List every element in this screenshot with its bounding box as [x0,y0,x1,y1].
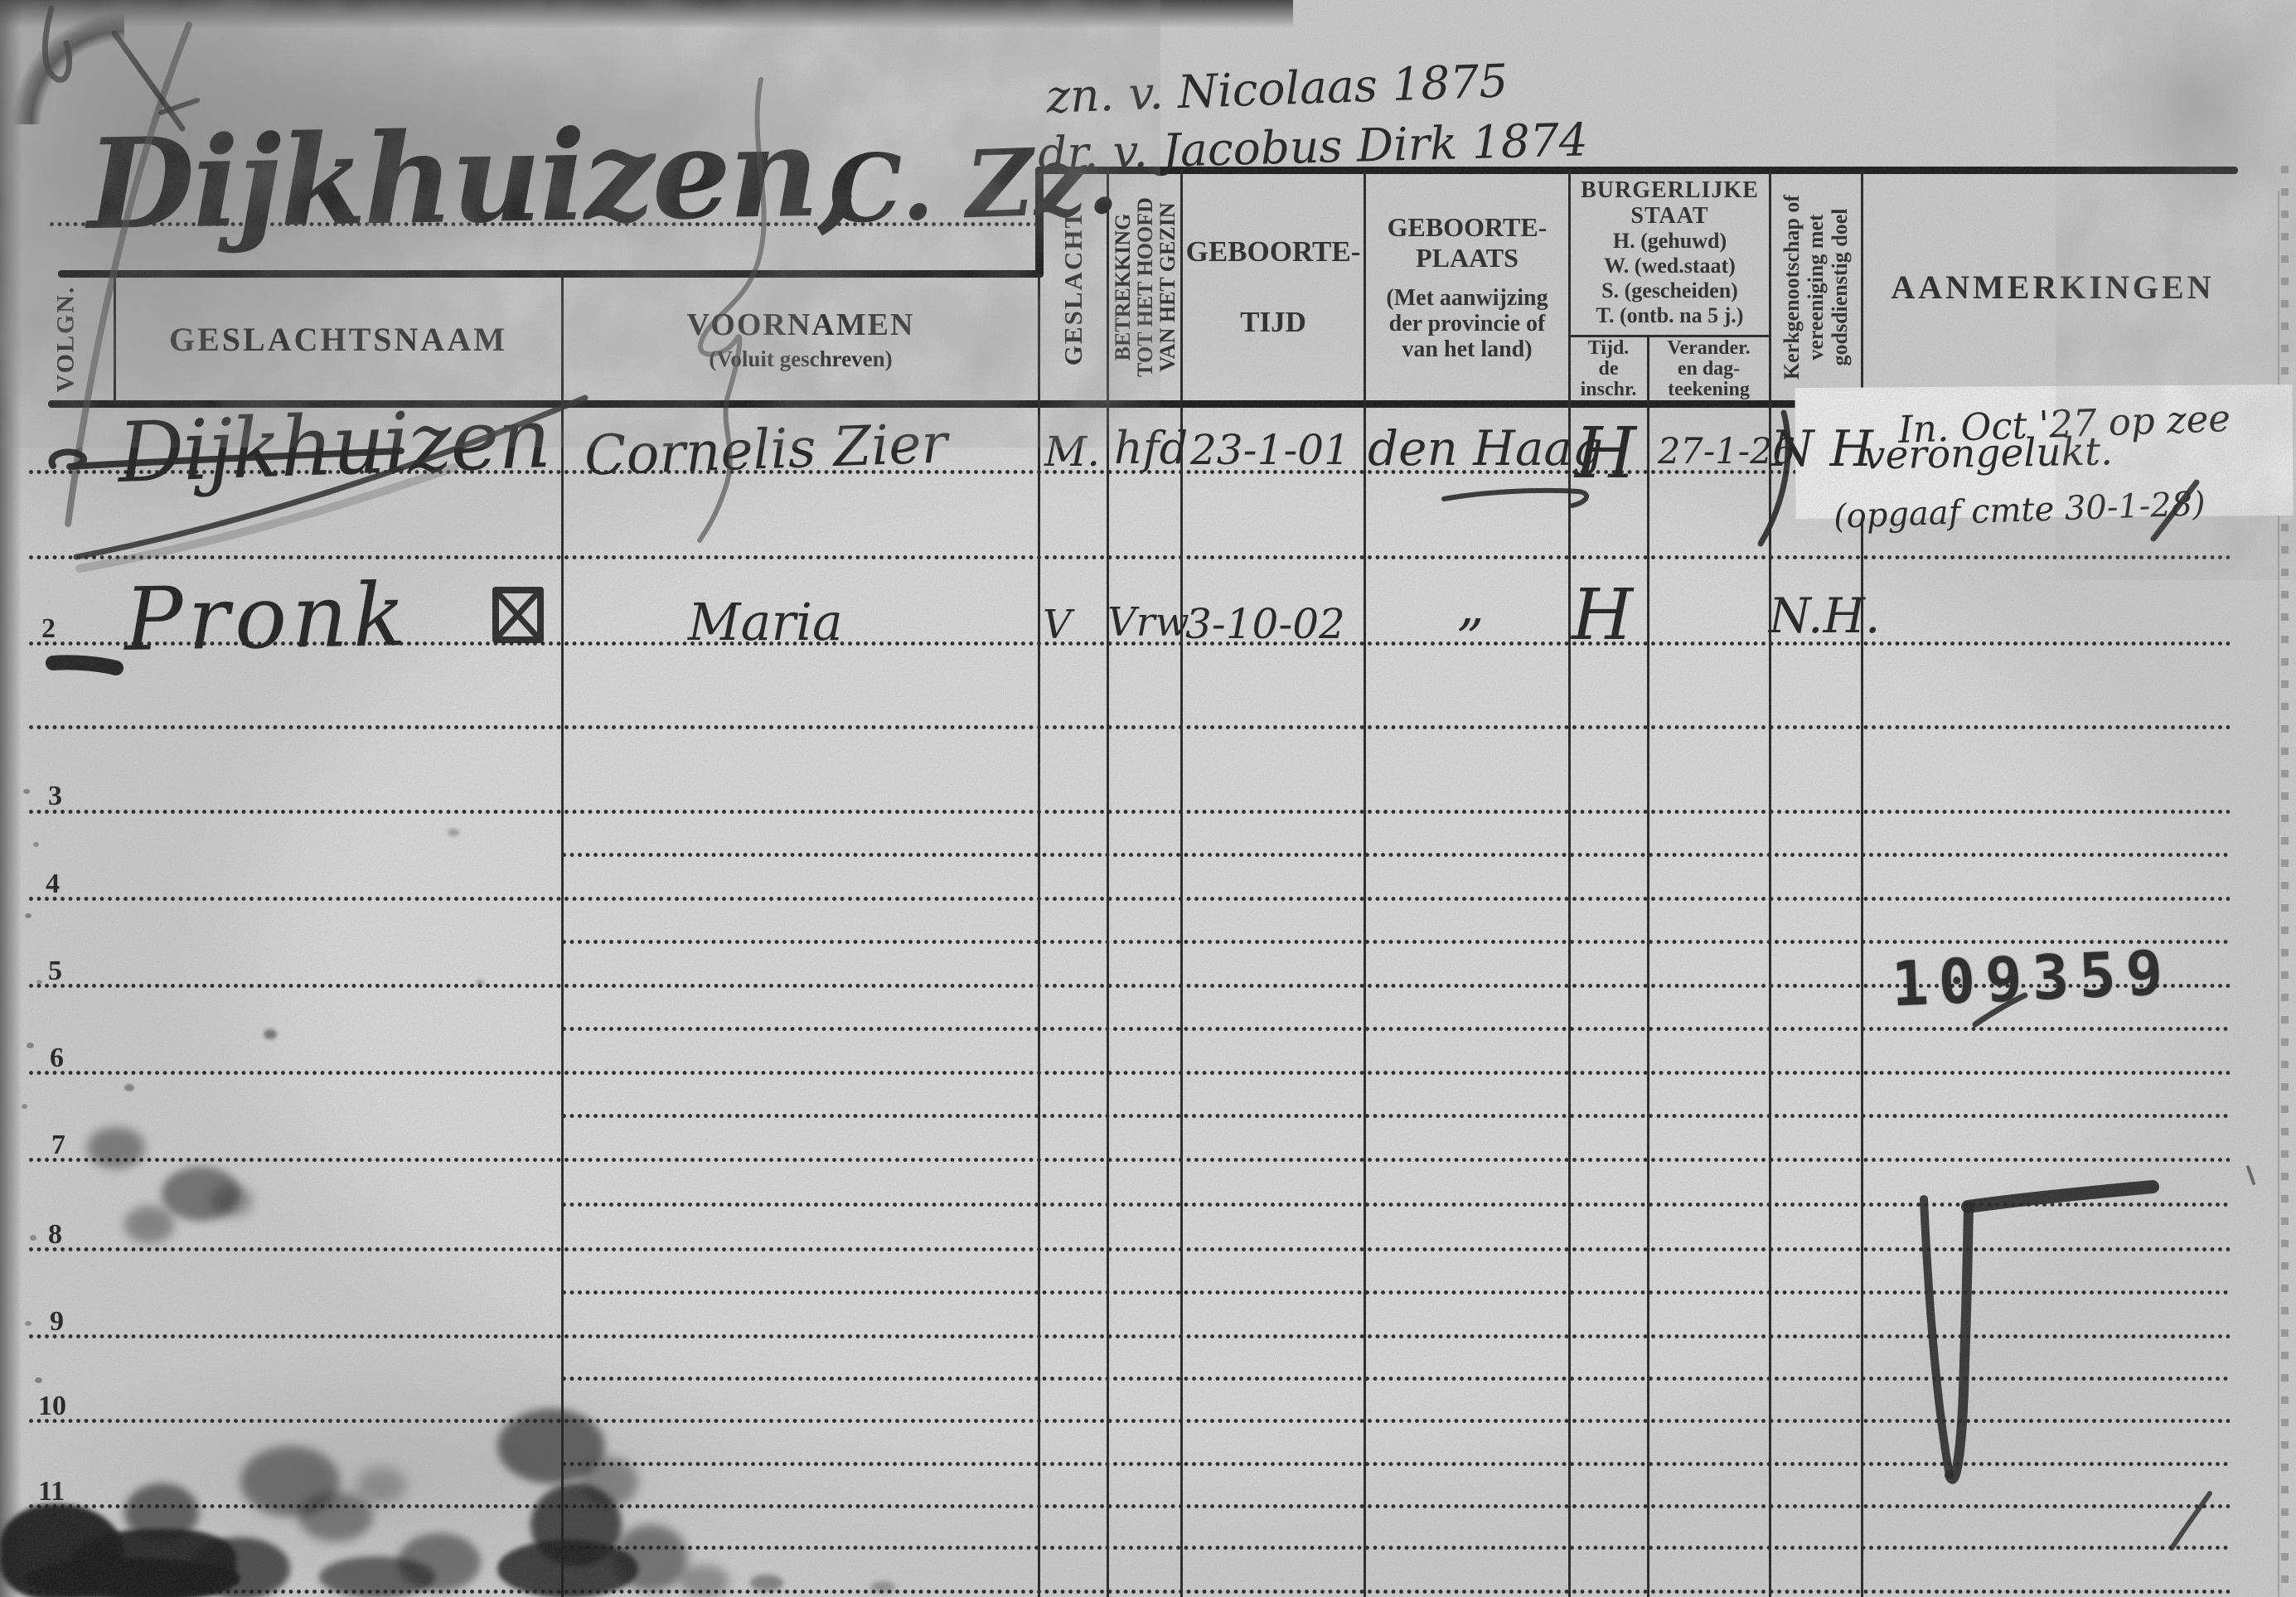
ink-speck [33,842,39,847]
ink-stain [124,1483,199,1541]
ink-speck [25,1321,31,1326]
row2-underline-mark [53,662,116,668]
ink-stain [87,1127,145,1169]
ink-stain [356,1467,406,1504]
row1-strikethrough-mark [51,451,401,467]
nh-slash-mark [1761,413,1788,544]
ink-stain [124,1206,174,1243]
ink-speck [750,1575,783,1591]
ink-stain [680,1565,729,1597]
ink-stain [476,980,484,986]
ink-speck [25,913,31,918]
ink-stain [613,1525,688,1591]
scanned-population-register-card: { "document": { "card_title_surname": "D… [0,0,2296,1597]
ink-stain [319,1556,435,1597]
ink-speck [23,789,30,794]
ink-stain [191,1537,290,1597]
paraph-flourish-mark [700,80,764,540]
aanmerking-closing-slash-mark [2153,482,2197,539]
cross-out-x-short-mark [114,33,182,128]
check-j-mark [45,8,69,80]
ink-stain [211,1185,253,1217]
big-checkmark-right-stroke [1950,1207,1969,1479]
ink-speck [22,1104,27,1109]
ink-speck [870,1581,895,1593]
row1-diagonal-strike-shadow [80,467,454,569]
ink-speck [124,1084,134,1091]
deceased-stamp-icon [496,590,540,640]
ink-stain [580,1457,638,1507]
stamp-underline-flick-mark [1975,995,2025,1024]
row1-diagonal-strike-mark [76,398,585,557]
handwritten-marks-layer [0,0,2296,1597]
denhaag-underline-mark [1444,491,1586,506]
right-margin-tick-mark [2248,1167,2254,1183]
bottom-right-pen-mark [2172,1493,2210,1548]
big-checkmark-left-stroke [1924,1199,1950,1475]
ink-speck [35,1377,42,1383]
ink-stain [298,1492,373,1541]
ink-stain [448,829,459,836]
ink-stain [264,1029,277,1039]
big-checkmark-arm-stroke [1968,1187,2153,1207]
ink-speck [36,980,42,985]
ink-speck [27,1043,34,1048]
ink-speck [30,1235,36,1241]
cross-out-x-long-mark [68,25,189,524]
